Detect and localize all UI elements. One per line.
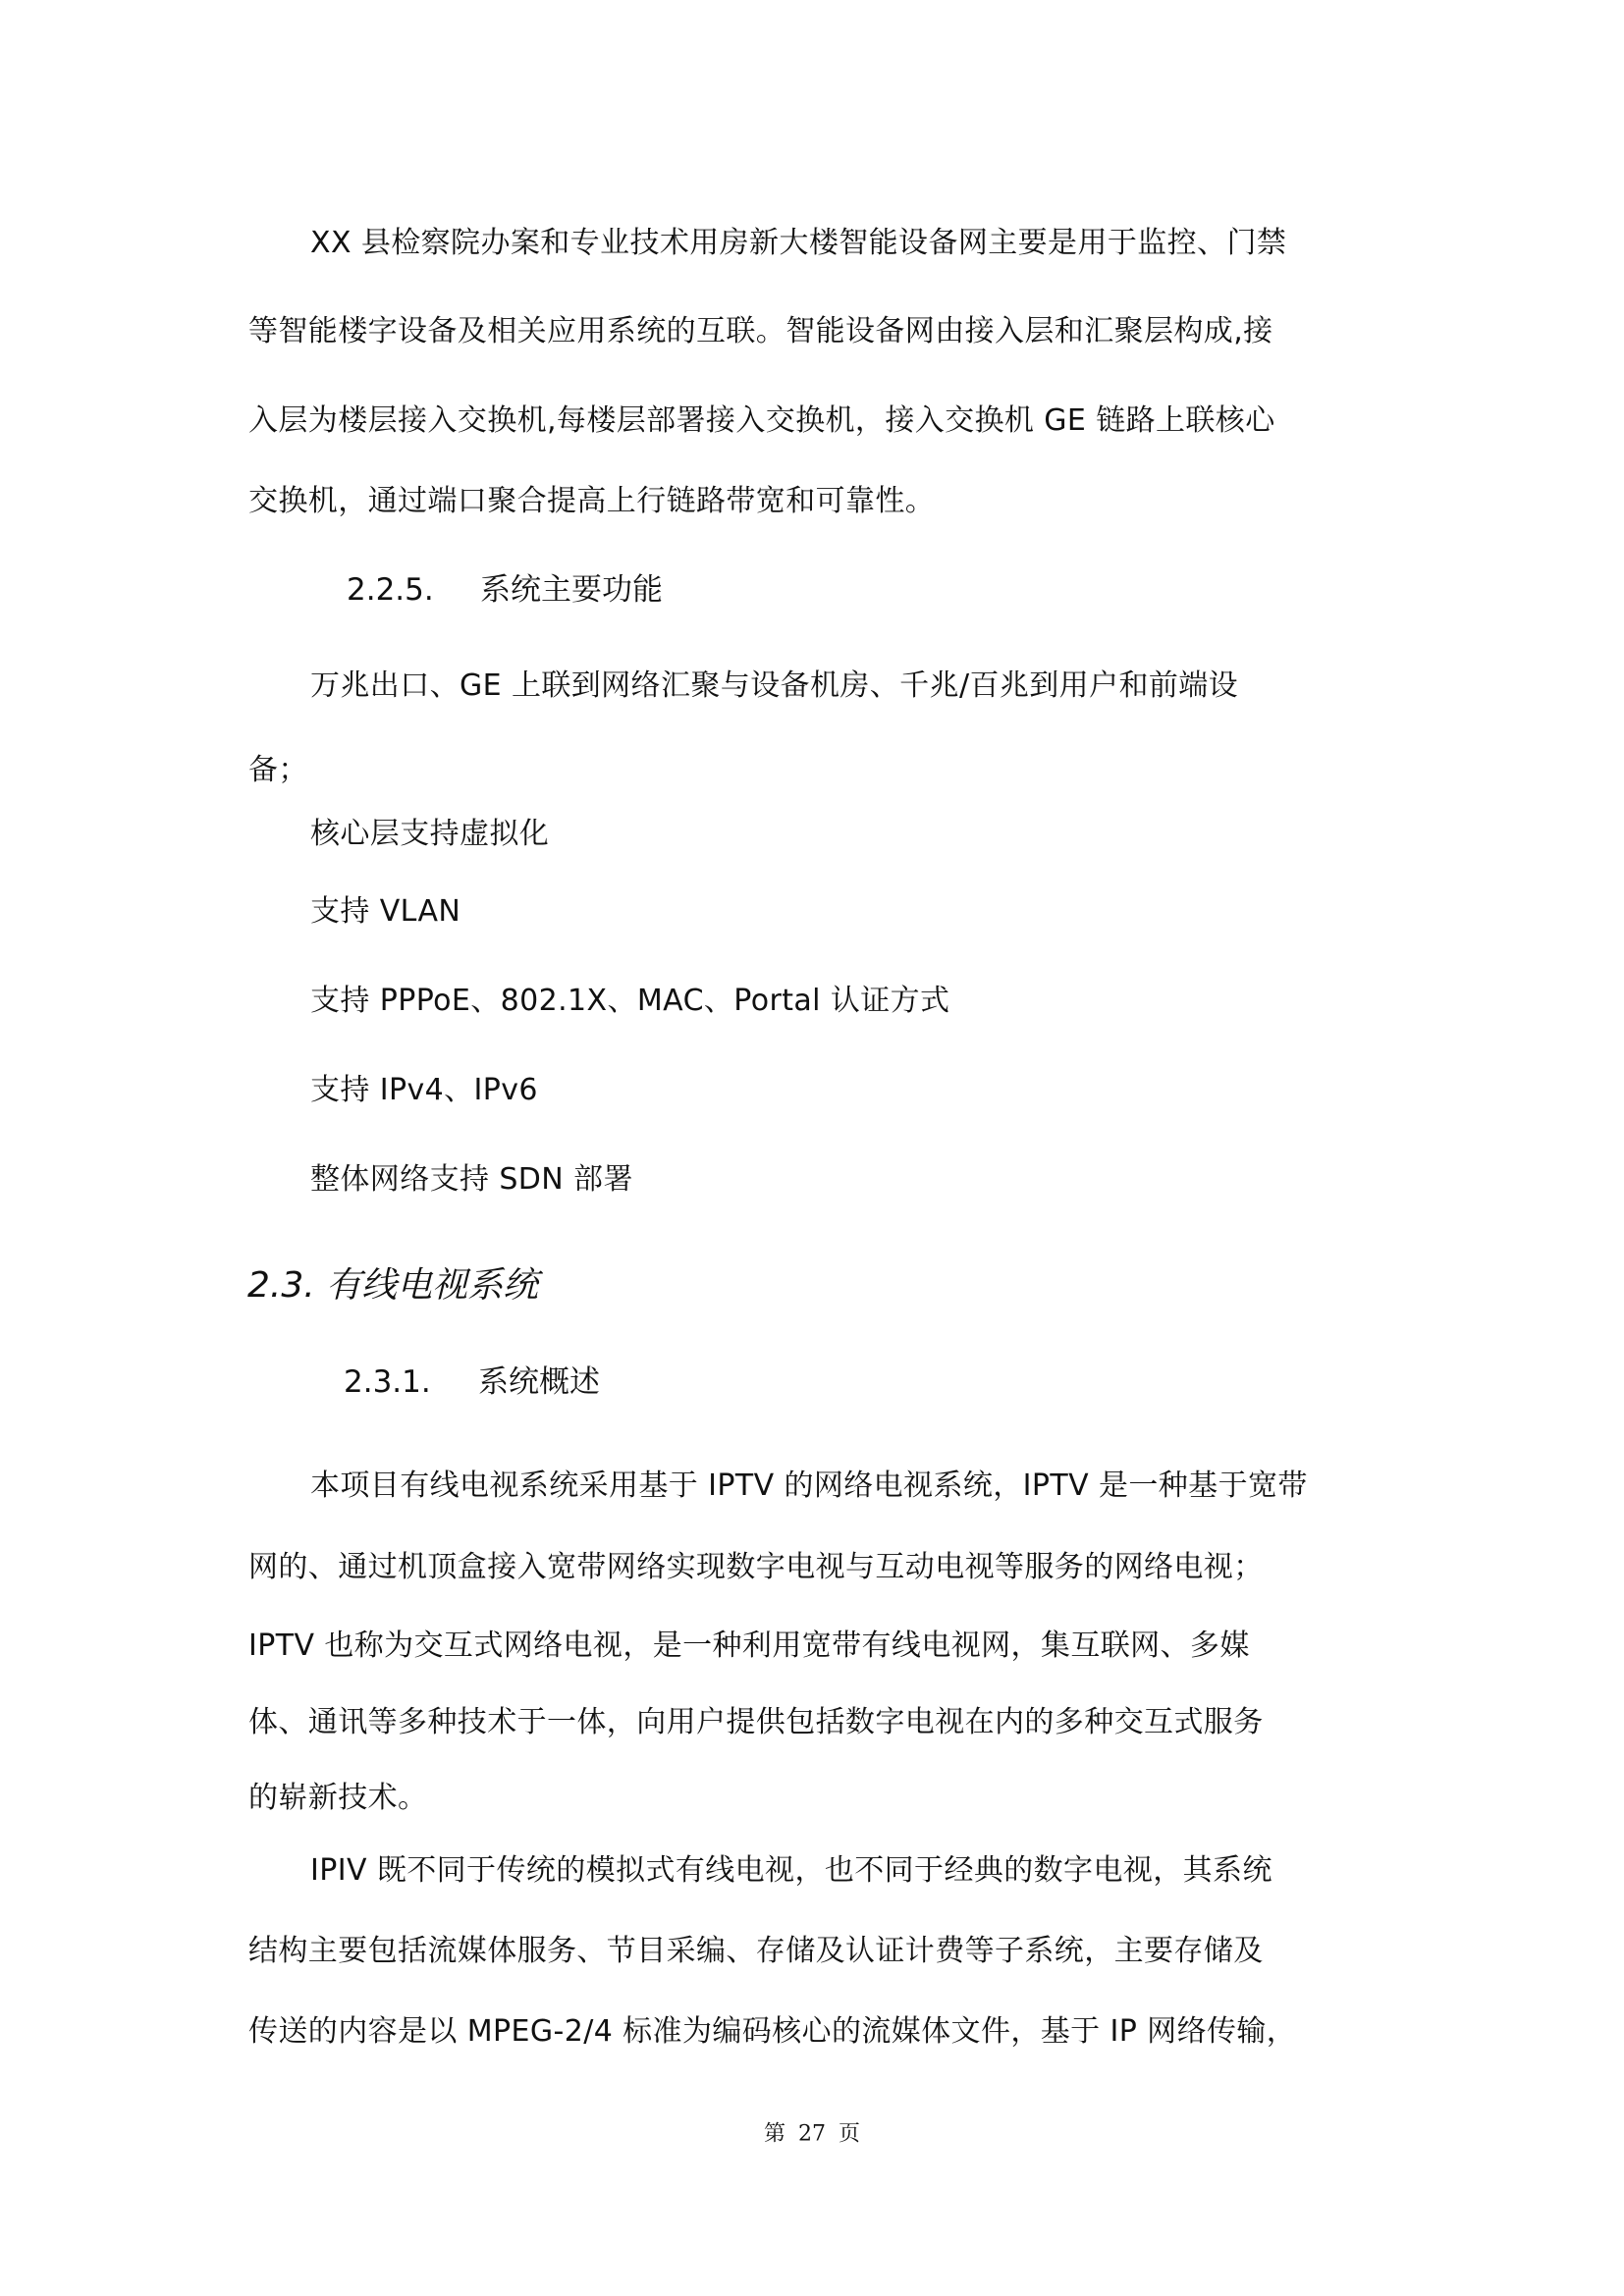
feature-line: 万兆出口、GE 上联到网络汇聚与设备机房、千兆/百兆到用户和前端设 [310,667,1238,706]
body-text-line: 结构主要包括流媒体服务、节目采编、存储及认证计费等子系统，主要存储及 [248,1932,1264,1971]
body-text-line: 的崭新技术。 [248,1779,427,1818]
page-number: 第 27 页 [0,2117,1624,2148]
body-text-line: IPTV 也称为交互式网络电视，是一种利用宽带有线电视网，集互联网、多媒 [248,1627,1250,1666]
body-text-line: XX 县检察院办案和专业技术用房新大楼智能设备网主要是用于监控、门禁 [310,224,1286,263]
body-text-line: 等智能楼字设备及相关应用系统的互联。智能设备网由接入层和汇聚层构成,接 [248,312,1273,351]
body-text-line: 传送的内容是以 MPEG-2/4 标准为编码核心的流媒体文件，基于 IP 网络传… [248,2012,1296,2052]
body-text-line: 本项目有线电视系统采用基于 IPTV 的网络电视系统，IPTV 是一种基于宽带 [310,1467,1308,1506]
section-heading: 系统主要功能 [480,570,663,610]
feature-line: 支持 IPv4、IPv6 [310,1071,538,1110]
section-number: 2.3.1. [344,1362,431,1402]
feature-line: 整体网络支持 SDN 部署 [310,1160,633,1200]
section-number: 2.3. [247,1265,315,1306]
section-heading-2-3: 2.3. 有线电视系统 [247,1263,538,1308]
body-text-line: 交换机，通过端口聚合提高上行链路带宽和可靠性。 [248,482,935,521]
document-page: XX 县检察院办案和专业技术用房新大楼智能设备网主要是用于监控、门禁 等智能楼字… [0,0,1624,2296]
section-number: 2.2.5. [347,570,434,610]
feature-line: 核心层支持虚拟化 [310,815,549,854]
feature-line: 支持 PPPoE、802.1X、MAC、Portal 认证方式 [310,982,949,1021]
body-text-line: 体、通讯等多种技术于一体，向用户提供包括数字电视在内的多种交互式服务 [248,1703,1264,1742]
section-title: 有线电视系统 [326,1265,538,1306]
body-text-line: 入层为楼层接入交换机,每楼层部署接入交换机，接入交换机 GE 链路上联核心 [248,401,1275,441]
feature-line: 支持 VLAN [310,892,460,932]
feature-line: 备； [248,751,308,790]
body-text-line: 网的、通过机顶盒接入宽带网络实现数字电视与互动电视等服务的网络电视； [248,1548,1264,1587]
section-heading: 系统概述 [478,1362,600,1402]
body-text-line: IPIV 既不同于传统的模拟式有线电视，也不同于经典的数字电视，其系统 [310,1851,1272,1891]
